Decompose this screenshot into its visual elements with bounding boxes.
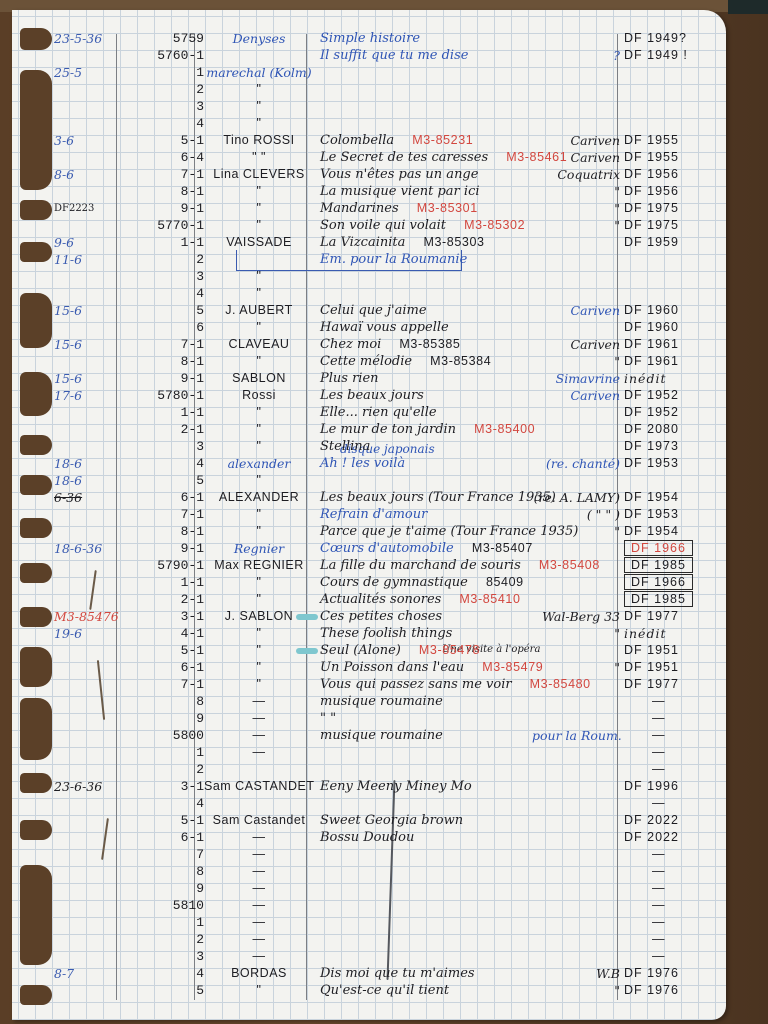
song-title: Bossu Doudou [320, 829, 414, 846]
ledger-row: 18-6-369-1RegnierCœurs d'automobile M3-8… [12, 540, 726, 557]
catalog-number: 5-1 [122, 642, 204, 659]
song-title-text: Un Poisson dans l'eau [320, 660, 464, 675]
ledger-row: 18-65" [12, 472, 726, 489]
song-title: Stellina [320, 438, 370, 455]
catalog-number: 2-1 [122, 421, 204, 438]
artist-name: Sam Castandet [204, 812, 314, 829]
song-title-text: La fille du marchand de souris [320, 558, 521, 573]
ledger-row: 4— [12, 795, 726, 812]
catalog-number: 5780-1 [122, 387, 204, 404]
df-reference: DF 2022 [624, 812, 679, 829]
entry-date: 9-6 [54, 234, 74, 251]
artist-name: " " [204, 149, 314, 166]
ledger-row: 25-51marechal (Kolm) [12, 64, 726, 81]
entry-date: 8-6 [54, 166, 74, 183]
song-title-text: These foolish things [320, 626, 452, 641]
song-title: Vous qui passez sans me voir M3-85480 [320, 676, 591, 693]
entry-date: 11-6 [54, 251, 82, 268]
song-title-text: Les beaux jours (Tour France 1935) [320, 490, 556, 505]
song-title-text: Cœurs d'automobile [320, 541, 454, 556]
song-title-text: Vous n'êtes pas un ange [320, 167, 478, 182]
catalog-number: 7-1 [122, 676, 204, 693]
df-reference: DF 1956 [624, 183, 679, 200]
df-reference: DF 1977 [624, 608, 679, 625]
catalog-number: 1-1 [122, 234, 204, 251]
artist-name: — [204, 693, 314, 710]
artist-name: SABLON [204, 370, 314, 387]
ledger-row: 2" [12, 81, 726, 98]
df-reference: DF 1966 [624, 540, 693, 556]
catalog-number: 5-1 [122, 132, 204, 149]
song-title-text: Qu'est-ce qu'il tient [320, 983, 449, 998]
song-title: These foolish things [320, 625, 452, 642]
ledger-row: DF22239-1"Mandarines M3-85301"DF 1975 [12, 200, 726, 217]
ledger-row: 5760-1Il suffit que tu me dise?DF 1949 ! [12, 47, 726, 64]
catalog-number: 3-1 [122, 608, 204, 625]
ledger-row: 15-69-1SABLONPlus rienSimavrineinédit [12, 370, 726, 387]
df-reference: DF 1952 [624, 387, 679, 404]
song-title-text: Eeny Meeny Miney Mo [320, 779, 472, 794]
entry-date: 23-5-36 [54, 30, 102, 47]
ledger-row: 1—— [12, 744, 726, 761]
catalog-number: 5760-1 [122, 47, 204, 64]
df-reference: — [652, 744, 666, 761]
song-title-text: Plus rien [320, 371, 379, 386]
catalog-number: 9-1 [122, 200, 204, 217]
df-reference: DF 1975 [624, 200, 679, 217]
highlighter-mark [296, 648, 318, 654]
catalog-number: 1-1 [122, 574, 204, 591]
artist-name: " [204, 115, 314, 132]
catalog-number: 4 [122, 285, 204, 302]
ledger-row: 5790-1Max REGNIERLa fille du marchand de… [12, 557, 726, 574]
catalog-number: 8-1 [122, 523, 204, 540]
df-reference: DF 1976 [624, 982, 679, 999]
song-title: Vous n'êtes pas un ange [320, 166, 478, 183]
df-reference: DF 1996 [624, 778, 679, 795]
catalog-number: 4 [122, 795, 204, 812]
matrix-number: M3-85385 [395, 337, 460, 351]
ledger-row: 2—— [12, 931, 726, 948]
ledger-row: 3" [12, 268, 726, 285]
artist-name: — [204, 880, 314, 897]
publisher-label: Cariven [532, 149, 620, 166]
ledger-row: 15-67-1CLAVEAUChez moi M3-85385CarivenDF… [12, 336, 726, 353]
matrix-number: M3-85408 [535, 558, 600, 572]
song-title: Le Secret de tes caresses M3-85461 [320, 149, 567, 166]
entry-date: 15-6 [54, 302, 82, 319]
catalog-number: 9 [122, 880, 204, 897]
song-title-text: Le Secret de tes caresses [320, 150, 488, 165]
artist-name: " [204, 982, 314, 999]
artist-name: — [204, 948, 314, 965]
song-title-text: " " [320, 711, 336, 726]
artist-name: " [204, 591, 314, 608]
catalog-number: 5 [122, 982, 204, 999]
df-reference: — [652, 795, 666, 812]
ledger-row: 5"Qu'est-ce qu'il tient"DF 1976 [12, 982, 726, 999]
df-reference: — [652, 931, 666, 948]
ledger-row: 11-62Em. pour la Roumanie [12, 251, 726, 268]
song-title: Son voile qui volait M3-85302 [320, 217, 525, 234]
matrix-number: 85409 [482, 575, 524, 589]
ledger-row: 6"Hawaï vous appelleDF 1960 [12, 319, 726, 336]
song-title: Il suffit que tu me dise [320, 47, 468, 64]
ledger-row: 3-65-1Tino ROSSIColombella M3-85231Cariv… [12, 132, 726, 149]
ledger-row: 1—— [12, 914, 726, 931]
df-reference: — [652, 761, 666, 778]
df-reference: — [652, 727, 666, 744]
artist-name: — [204, 710, 314, 727]
ledger-row: 4" [12, 115, 726, 132]
song-title: Em. pour la Roumanie [320, 251, 467, 268]
artist-name: Denyses [204, 30, 314, 47]
song-title: Dis moi que tu m'aimes [320, 965, 475, 982]
df-reference: inédit [624, 625, 666, 642]
ledger-row: 18-64alexanderAh ! les voilà(re. chanté)… [12, 455, 726, 472]
artist-name: VAISSADE [204, 234, 314, 251]
song-title-text: Celui que j'aime [320, 303, 427, 318]
ledger-row: 7-1"Vous qui passez sans me voir M3-8548… [12, 676, 726, 693]
song-title: Actualités sonores M3-85410 [320, 591, 521, 608]
highlighter-mark [296, 614, 318, 620]
artist-name: " [204, 421, 314, 438]
artist-name: " [204, 523, 314, 540]
df-reference: DF 1955 [624, 132, 679, 149]
df-reference: DF 1955 [624, 149, 679, 166]
catalog-number: 5810 [122, 897, 204, 914]
catalog-number: 6-1 [122, 829, 204, 846]
song-title-text: Le mur de ton jardin [320, 422, 456, 437]
song-title-text: Chez moi [320, 337, 381, 352]
song-title: Ah ! les voilà [320, 455, 405, 472]
catalog-number: 6-1 [122, 659, 204, 676]
ledger-page: disque japonais Une visite à l'opéra 23-… [12, 10, 726, 1020]
matrix-number: M3-85303 [419, 235, 484, 249]
song-title-text: Seul (Alone) [320, 643, 401, 658]
ledger-row: 2-1"Le mur de ton jardin M3-85400DF 2080 [12, 421, 726, 438]
df-reference: — [652, 710, 666, 727]
artist-name: — [204, 863, 314, 880]
ledger-row: 2— [12, 761, 726, 778]
publisher-label: " [532, 625, 620, 642]
publisher-label: W.B [532, 965, 620, 982]
song-title: " " [320, 710, 336, 727]
song-title: Les beaux jours (Tour France 1935) [320, 489, 556, 506]
df-reference: DF 1960 [624, 302, 679, 319]
entry-date: 23-6-36 [54, 778, 102, 795]
df-reference: DF 1961 [624, 336, 679, 353]
artist-name: Regnier [204, 540, 314, 557]
df-reference: — [652, 914, 666, 931]
entry-date: 25-5 [54, 64, 82, 81]
catalog-number: 3 [122, 438, 204, 455]
artist-name: — [204, 829, 314, 846]
artist-name: " [204, 98, 314, 115]
song-title-text: musique roumaine [320, 728, 443, 743]
artist-name: Lina CLEVERS [204, 166, 314, 183]
df-reference: DF 1949 ! [624, 47, 688, 64]
entry-date: 17-6 [54, 387, 82, 404]
song-title-text: Mandarines [320, 201, 399, 216]
artist-name: CLAVEAU [204, 336, 314, 353]
ledger-row: 17-65780-1RossiLes beaux joursCarivenDF … [12, 387, 726, 404]
artist-name: " [204, 81, 314, 98]
ledger-row: 8—— [12, 863, 726, 880]
artist-name: ALEXANDER [204, 489, 314, 506]
ledger-row: 5800—musique roumainepour la Roum.— [12, 727, 726, 744]
catalog-number: 5 [122, 302, 204, 319]
song-title: Celui que j'aime [320, 302, 427, 319]
song-title: Refrain d'amour [320, 506, 427, 523]
artist-name: " [204, 472, 314, 489]
song-title: Simple histoire [320, 30, 420, 47]
ledger-row: 8-67-1Lina CLEVERSVous n'êtes pas un ang… [12, 166, 726, 183]
catalog-number: 4 [122, 115, 204, 132]
df-reference: DF 1953 [624, 455, 679, 472]
df-reference: DF 1973 [624, 438, 679, 455]
publisher-label: " [532, 353, 620, 370]
artist-name: — [204, 897, 314, 914]
ledger-row: 4" [12, 285, 726, 302]
entry-date: M3-85476 [54, 608, 119, 625]
df-reference: DF 1949? [624, 30, 687, 47]
publisher-label: " [532, 523, 620, 540]
ledger-row: 8-1"La musique vient par ici"DF 1956 [12, 183, 726, 200]
song-title-text: Ah ! les voilà [320, 456, 405, 471]
df-reference: DF 1953 [624, 506, 679, 523]
artist-name: " [204, 200, 314, 217]
artist-name: " [204, 268, 314, 285]
df-reference: DF 1959 [624, 234, 679, 251]
song-title-text: Cours de gymnastique [320, 575, 468, 590]
song-title: Hawaï vous appelle [320, 319, 449, 336]
df-reference: — [652, 846, 666, 863]
song-title: Cette mélodie M3-85384 [320, 353, 491, 370]
catalog-number: 1 [122, 64, 204, 81]
df-reference: DF 1977 [624, 676, 679, 693]
song-title: La musique vient par ici [320, 183, 480, 200]
df-reference: DF 1956 [624, 166, 679, 183]
publisher-label: " [532, 200, 620, 217]
df-reference: DF 1952 [624, 404, 679, 421]
entry-date: 18-6-36 [54, 540, 102, 557]
artist-name: Rossi [204, 387, 314, 404]
artist-name: J. AUBERT [204, 302, 314, 319]
ledger-row: 8-1"Cette mélodie M3-85384"DF 1961 [12, 353, 726, 370]
ledger-row: 9-61-1VAISSADELa Vizcainita M3-85303DF 1… [12, 234, 726, 251]
song-title: Cœurs d'automobile M3-85407 [320, 540, 533, 557]
entry-date: 15-6 [54, 370, 82, 387]
catalog-number: 3 [122, 268, 204, 285]
song-title-text: Ces petites choses [320, 609, 442, 624]
ledger-row: 6-4" "Le Secret de tes caresses M3-85461… [12, 149, 726, 166]
song-title: Cours de gymnastique 85409 [320, 574, 524, 591]
song-title: Ces petites choses [320, 608, 442, 625]
song-title-text: musique roumaine [320, 694, 443, 709]
artist-name: " [204, 319, 314, 336]
entry-date: 18-6 [54, 455, 82, 472]
matrix-number: M3-85231 [408, 133, 473, 147]
catalog-number: 2 [122, 931, 204, 948]
ledger-row: 9—" "— [12, 710, 726, 727]
catalog-number: 2 [122, 761, 204, 778]
catalog-number: 8-1 [122, 353, 204, 370]
catalog-number: 5 [122, 472, 204, 489]
song-title: Eeny Meeny Miney Mo [320, 778, 472, 795]
song-title-text: Les beaux jours [320, 388, 424, 403]
song-title-text: Simple histoire [320, 31, 420, 46]
song-title: Colombella M3-85231 [320, 132, 473, 149]
catalog-number: 5759 [122, 30, 204, 47]
ledger-row: 9—— [12, 880, 726, 897]
catalog-number: 3 [122, 98, 204, 115]
entry-date: 3-6 [54, 132, 74, 149]
catalog-number: 8 [122, 863, 204, 880]
publisher-label: Cariven [532, 336, 620, 353]
df-reference: DF 1985 [624, 557, 693, 573]
artist-name: " [204, 438, 314, 455]
ledger-row: 5-1"Seul (Alone) M3-85478DF 1951 [12, 642, 726, 659]
ledger-row: 23-5-365759DenysesSimple histoireDF 1949… [12, 30, 726, 47]
artist-name: Tino ROSSI [204, 132, 314, 149]
ledger-row: 6-1"Un Poisson dans l'eau M3-85479"DF 19… [12, 659, 726, 676]
df-reference: DF 1985 [624, 591, 693, 607]
publisher-label: ? [532, 47, 620, 64]
ledger-row: 23-6-363-1Sam CASTANDETEeny Meeny Miney … [12, 778, 726, 795]
song-title: Elle... rien qu'elle [320, 404, 437, 421]
publisher-label: Wal-Berg 33 [532, 608, 620, 625]
song-title: Un Poisson dans l'eau M3-85479 [320, 659, 543, 676]
df-reference: — [652, 897, 666, 914]
artist-name: " [204, 404, 314, 421]
entry-date: 15-6 [54, 336, 82, 353]
ledger-row: 1-1"Cours de gymnastique 85409DF 1966 [12, 574, 726, 591]
song-title-text: Il suffit que tu me dise [320, 48, 468, 63]
matrix-number: M3-85400 [470, 422, 535, 436]
song-title-text: Colombella [320, 133, 394, 148]
catalog-number: 7-1 [122, 336, 204, 353]
ledger-row: 8—musique roumaine— [12, 693, 726, 710]
df-reference: — [652, 693, 666, 710]
song-title-text: Actualités sonores [320, 592, 441, 607]
song-title-text: La musique vient par ici [320, 184, 480, 199]
matrix-number: M3-85384 [426, 354, 491, 368]
song-title: musique roumaine [320, 693, 443, 710]
song-title: La fille du marchand de souris M3-85408 [320, 557, 600, 574]
matrix-number: M3-85301 [413, 201, 478, 215]
song-title-text: Bossu Doudou [320, 830, 414, 845]
artist-name: " [204, 183, 314, 200]
artist-name: " [204, 625, 314, 642]
ledger-row: 8-74BORDASDis moi que tu m'aimesW.BDF 19… [12, 965, 726, 982]
song-title: Sweet Georgia brown [320, 812, 463, 829]
catalog-number: 3 [122, 948, 204, 965]
song-title-text: Cette mélodie [320, 354, 412, 369]
df-reference: DF 1975 [624, 217, 679, 234]
df-reference: DF 1960 [624, 319, 679, 336]
catalog-number: 2 [122, 81, 204, 98]
song-title: La Vizcainita M3-85303 [320, 234, 485, 251]
song-title: Seul (Alone) M3-85478 [320, 642, 480, 659]
song-title: Le mur de ton jardin M3-85400 [320, 421, 535, 438]
publisher-label: " [532, 982, 620, 999]
entry-date: 19-6 [54, 625, 82, 642]
df-reference: DF 1954 [624, 523, 679, 540]
catalog-number: 1 [122, 744, 204, 761]
artist-name: — [204, 931, 314, 948]
artist-name: BORDAS [204, 965, 314, 982]
df-reference: DF 1951 [624, 642, 679, 659]
ledger-row: 15-65J. AUBERTCelui que j'aimeCarivenDF … [12, 302, 726, 319]
song-title-text: Hawaï vous appelle [320, 320, 449, 335]
df-reference: DF 2022 [624, 829, 679, 846]
catalog-number: 8 [122, 693, 204, 710]
ledger-row: 5810—— [12, 897, 726, 914]
ledger-row: 3—— [12, 948, 726, 965]
catalog-number: 5770-1 [122, 217, 204, 234]
song-title-text: Dis moi que tu m'aimes [320, 966, 475, 981]
catalog-number: 4 [122, 965, 204, 982]
ledger-row: 19-64-1"These foolish things"inédit [12, 625, 726, 642]
song-title-text: Vous qui passez sans me voir [320, 677, 512, 692]
artist-name: " [204, 574, 314, 591]
catalog-number: 7-1 [122, 506, 204, 523]
catalog-number: 2 [122, 251, 204, 268]
df-reference: — [652, 863, 666, 880]
artist-name: marechal (Kolm) [204, 64, 314, 81]
entry-date: 6-36 [54, 489, 82, 506]
df-reference: — [652, 880, 666, 897]
catalog-number: 9-1 [122, 370, 204, 387]
ledger-row: 7-1"Refrain d'amour( " " )DF 1953 [12, 506, 726, 523]
df-reference: — [652, 948, 666, 965]
ledger-row: 6-366-1ALEXANDERLes beaux jours (Tour Fr… [12, 489, 726, 506]
ledger-row: 1-1"Elle... rien qu'elleDF 1952 [12, 404, 726, 421]
catalog-number: 7 [122, 846, 204, 863]
song-title-text: Son voile qui volait [320, 218, 446, 233]
artist-name: Sam CASTANDET [204, 778, 314, 795]
ledger-row: 5770-1"Son voile qui volait M3-85302"DF … [12, 217, 726, 234]
catalog-number: 5800 [122, 727, 204, 744]
song-title-text: Sweet Georgia brown [320, 813, 463, 828]
ledger-row: 8-1"Parce que je t'aime (Tour France 193… [12, 523, 726, 540]
catalog-number: 1-1 [122, 404, 204, 421]
publisher-label: Coquatrix [532, 166, 620, 183]
song-title: Plus rien [320, 370, 379, 387]
artist-name: " [204, 659, 314, 676]
artist-name: " [204, 506, 314, 523]
catalog-number: 9 [122, 710, 204, 727]
catalog-number: 6-4 [122, 149, 204, 166]
catalog-number: 4-1 [122, 625, 204, 642]
song-title-text: Stellina [320, 439, 370, 454]
artist-name: — [204, 914, 314, 931]
ledger-row: 7—— [12, 846, 726, 863]
df-reference: DF 1976 [624, 965, 679, 982]
song-title: Les beaux jours [320, 387, 424, 404]
ledger-row: M3-854763-1J. SABLONCes petites chosesWa… [12, 608, 726, 625]
df-reference: DF 1954 [624, 489, 679, 506]
artist-name: alexander [204, 455, 314, 472]
catalog-number: 1 [122, 914, 204, 931]
artist-name: Max REGNIER [204, 557, 314, 574]
artist-name: " [204, 217, 314, 234]
song-title: Chez moi M3-85385 [320, 336, 460, 353]
catalog-number: 9-1 [122, 540, 204, 557]
matrix-number: M3-85302 [460, 218, 525, 232]
publisher-label: " [532, 183, 620, 200]
